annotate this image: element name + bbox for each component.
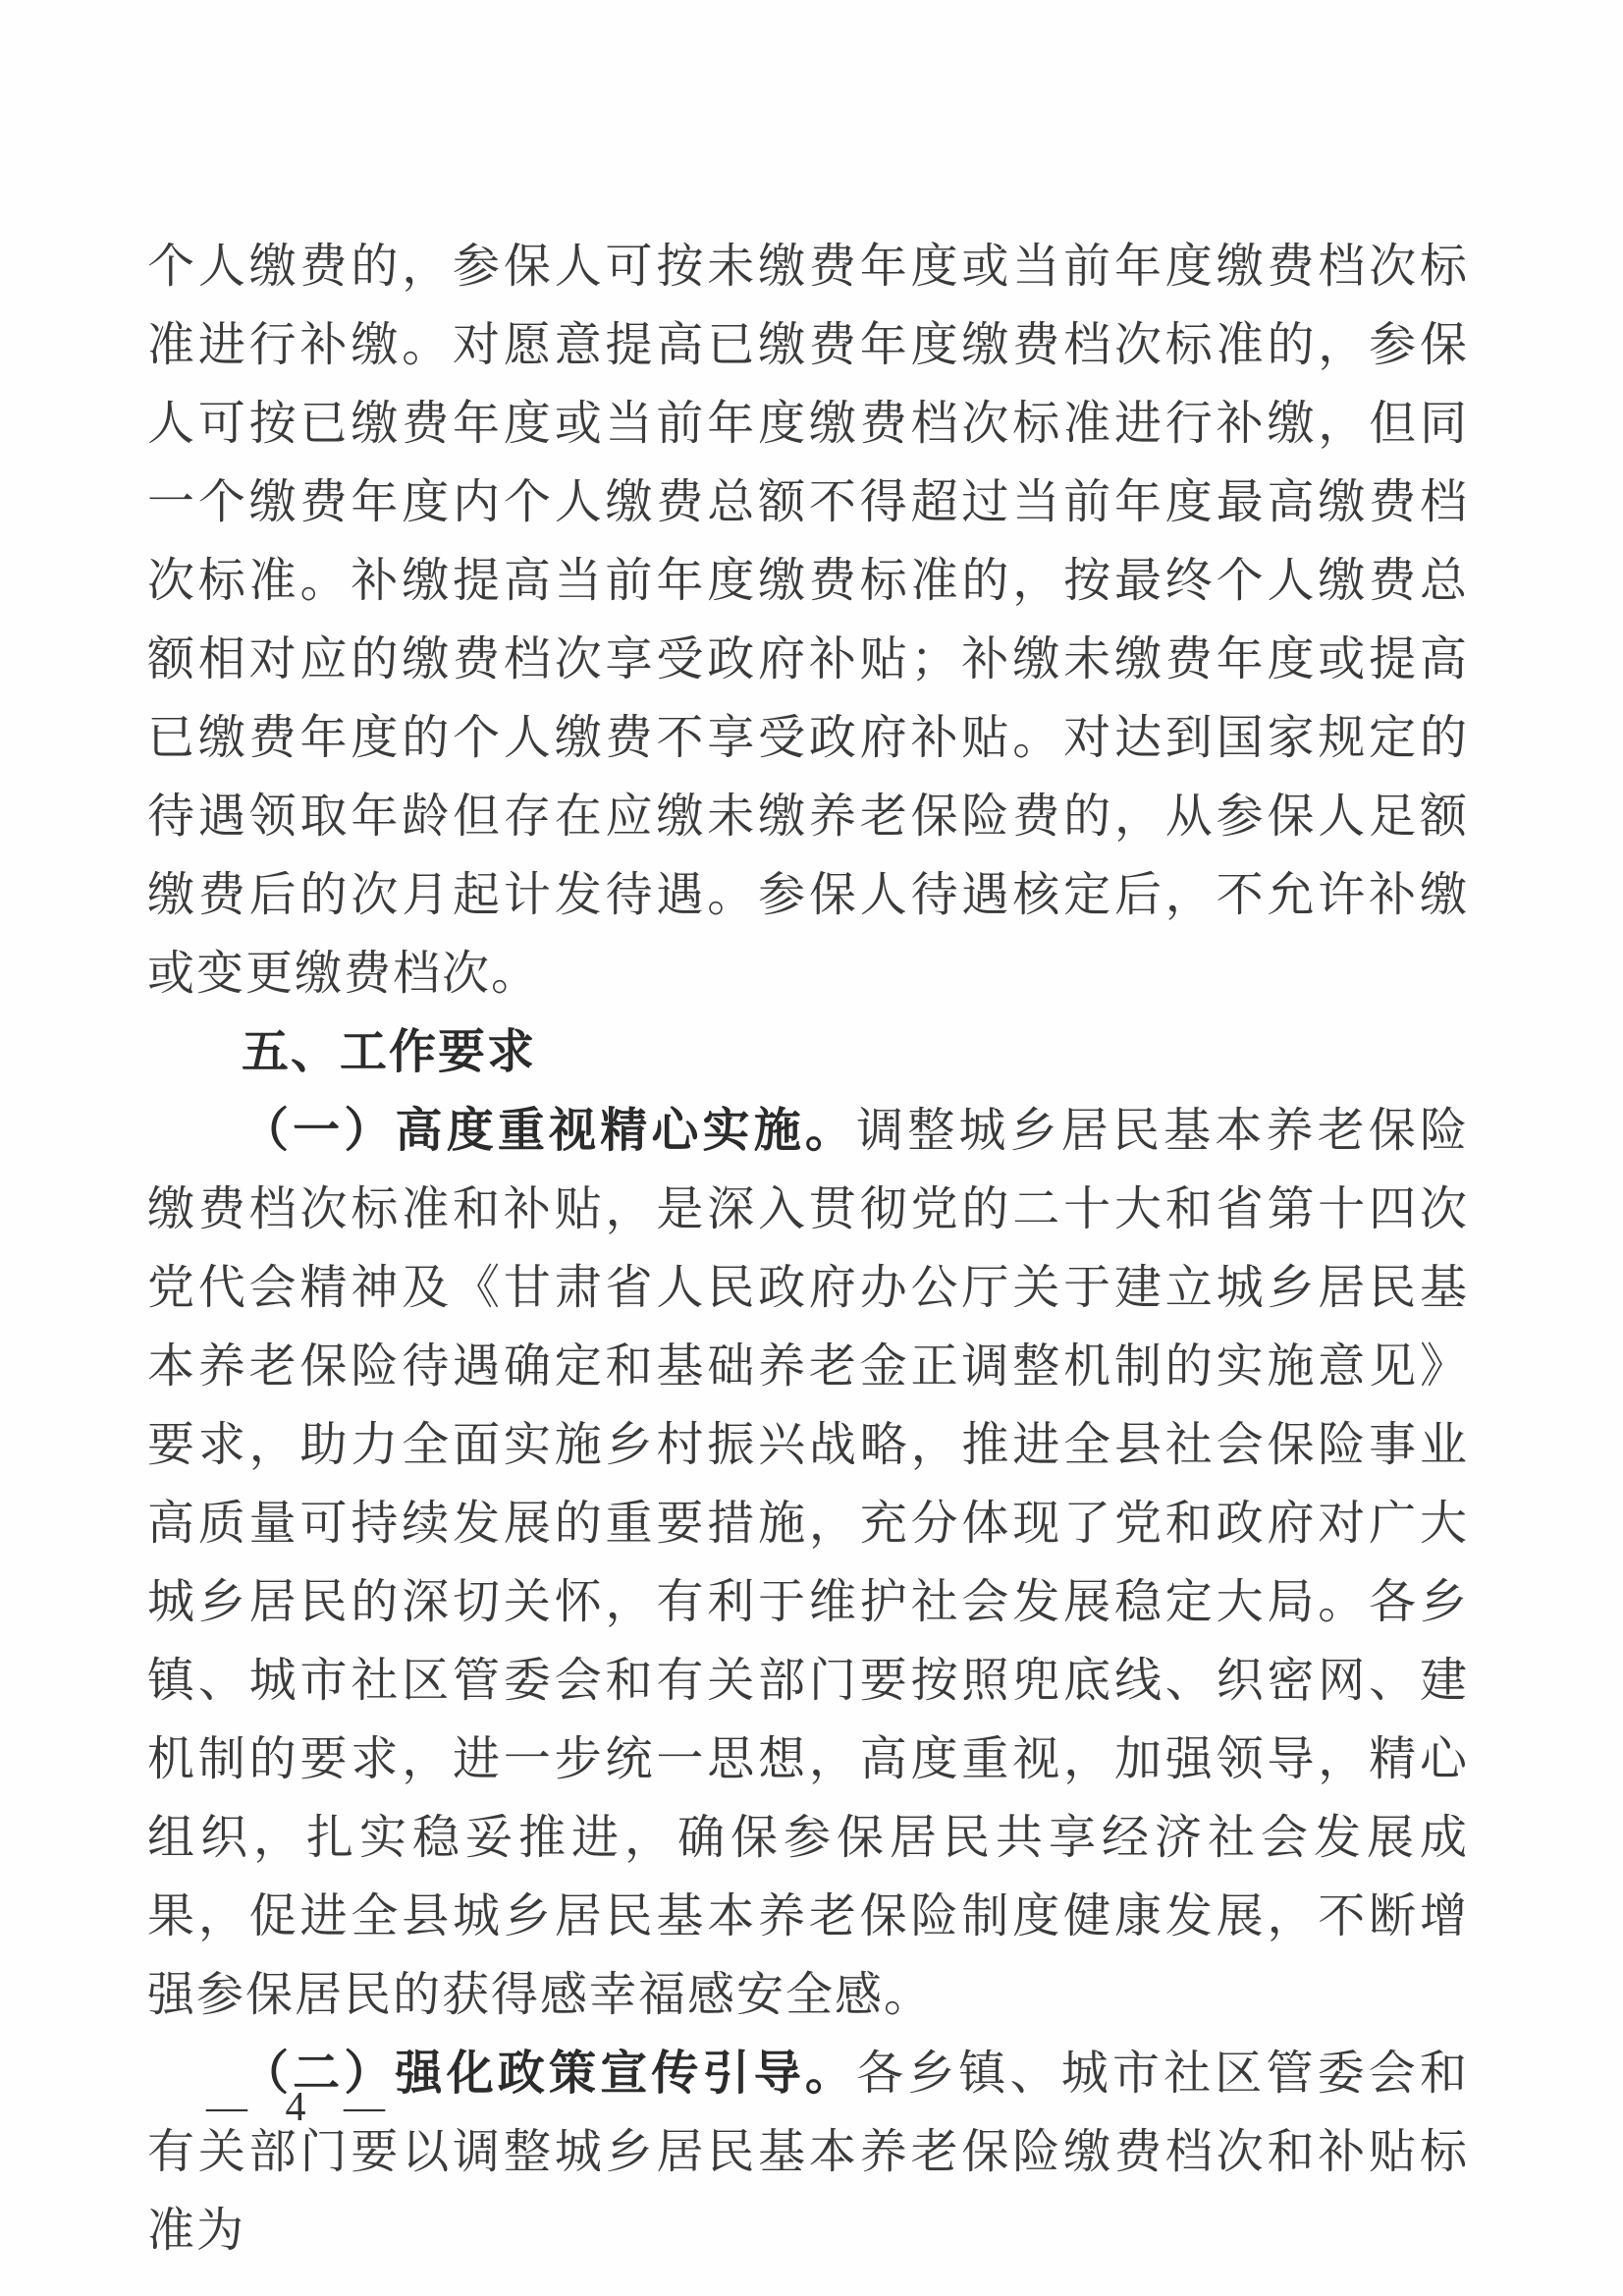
document-body: 个人缴费的，参保人可按未缴费年度或当前年度缴费档次标准进行补缴。对愿意提高已缴费… — [147, 228, 1469, 2270]
item-1-body: 调整城乡居民基本养老保险缴费档次标准和补贴，是深入贯彻党的二十大和省第十四次党代… — [147, 1105, 1469, 2021]
paragraph-item-1: （一）高度重视精心实施。调整城乡居民基本养老保险缴费档次标准和补贴，是深入贯彻党… — [147, 1092, 1469, 2035]
document-page: 个人缴费的，参保人可按未缴费年度或当前年度缴费档次标准进行补缴。对愿意提高已缴费… — [0, 0, 1623, 2296]
paragraph-continuation: 个人缴费的，参保人可按未缴费年度或当前年度缴费档次标准进行补缴。对愿意提高已缴费… — [147, 228, 1469, 1013]
item-1-lead: （一）高度重视精心实施。 — [242, 1105, 856, 1157]
paragraph-item-2: （二）强化政策宣传引导。各乡镇、城市社区管委会和有关部门要以调整城乡居民基本养老… — [147, 2035, 1469, 2270]
section-heading-work-requirements: 五、工作要求 — [147, 1013, 1469, 1092]
page-number: — 4 — — [206, 2084, 399, 2131]
